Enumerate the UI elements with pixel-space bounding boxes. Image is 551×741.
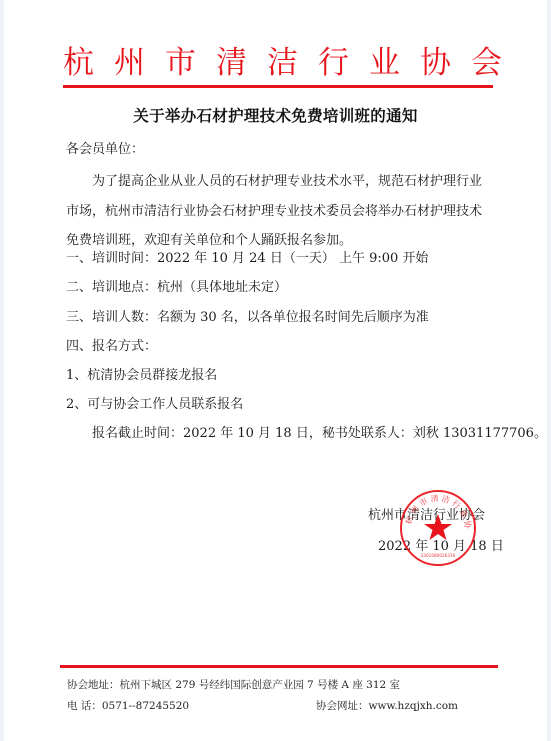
paragraph-line: 免费培训班，欢迎有关单位和个人踊跃报名参加。 <box>66 232 352 250</box>
item-method-1: 1、杭清协会员群接龙报名 <box>66 367 217 385</box>
footer-address: 协会地址：杭州下城区 279 号经纬国际创意产业园 7 号楼 A 座 312 室 <box>67 678 400 692</box>
footer-phone: 电 话：0571--87245520 <box>67 699 189 713</box>
salutation: 各会员单位： <box>66 141 144 159</box>
letterhead-rule <box>63 85 493 88</box>
notice-title: 关于举办石材护理技术免费培训班的通知 <box>0 104 551 126</box>
item-training-capacity: 三、培训人数：名额为 30 名，以各单位报名时间先后顺序为准 <box>66 309 429 327</box>
paragraph-line: 市场，杭州市清洁行业协会石材护理专业技术委员会将举办石材护理技术 <box>66 203 482 221</box>
paragraph-line: 为了提高企业从业人员的石材护理专业技术水平，规范石材护理行业 <box>92 173 482 191</box>
footer-website: 协会网址：www.hzqjxh.com <box>316 699 458 713</box>
footer-rule <box>60 665 498 668</box>
official-seal-icon: 杭 州 市 清 洁 行 业 协 会 3301080026316 <box>399 489 477 567</box>
item-registration-method: 四、报名方式： <box>66 338 157 356</box>
item-training-location: 二、培训地点：杭州（具体地址未定） <box>66 279 287 297</box>
registration-deadline: 报名截止时间：2022 年 10 月 18 日，秘书处联系人：刘秋 130311… <box>92 425 547 443</box>
item-training-time: 一、培训时间：2022 年 10 月 24 日（一天） 上午 9:00 开始 <box>66 250 428 268</box>
svg-text:3301080026316: 3301080026316 <box>421 553 456 558</box>
letterhead-org-name: 杭州市清洁行业协会 <box>63 44 495 82</box>
item-method-2: 2、可与协会工作人员联系报名 <box>66 396 243 414</box>
